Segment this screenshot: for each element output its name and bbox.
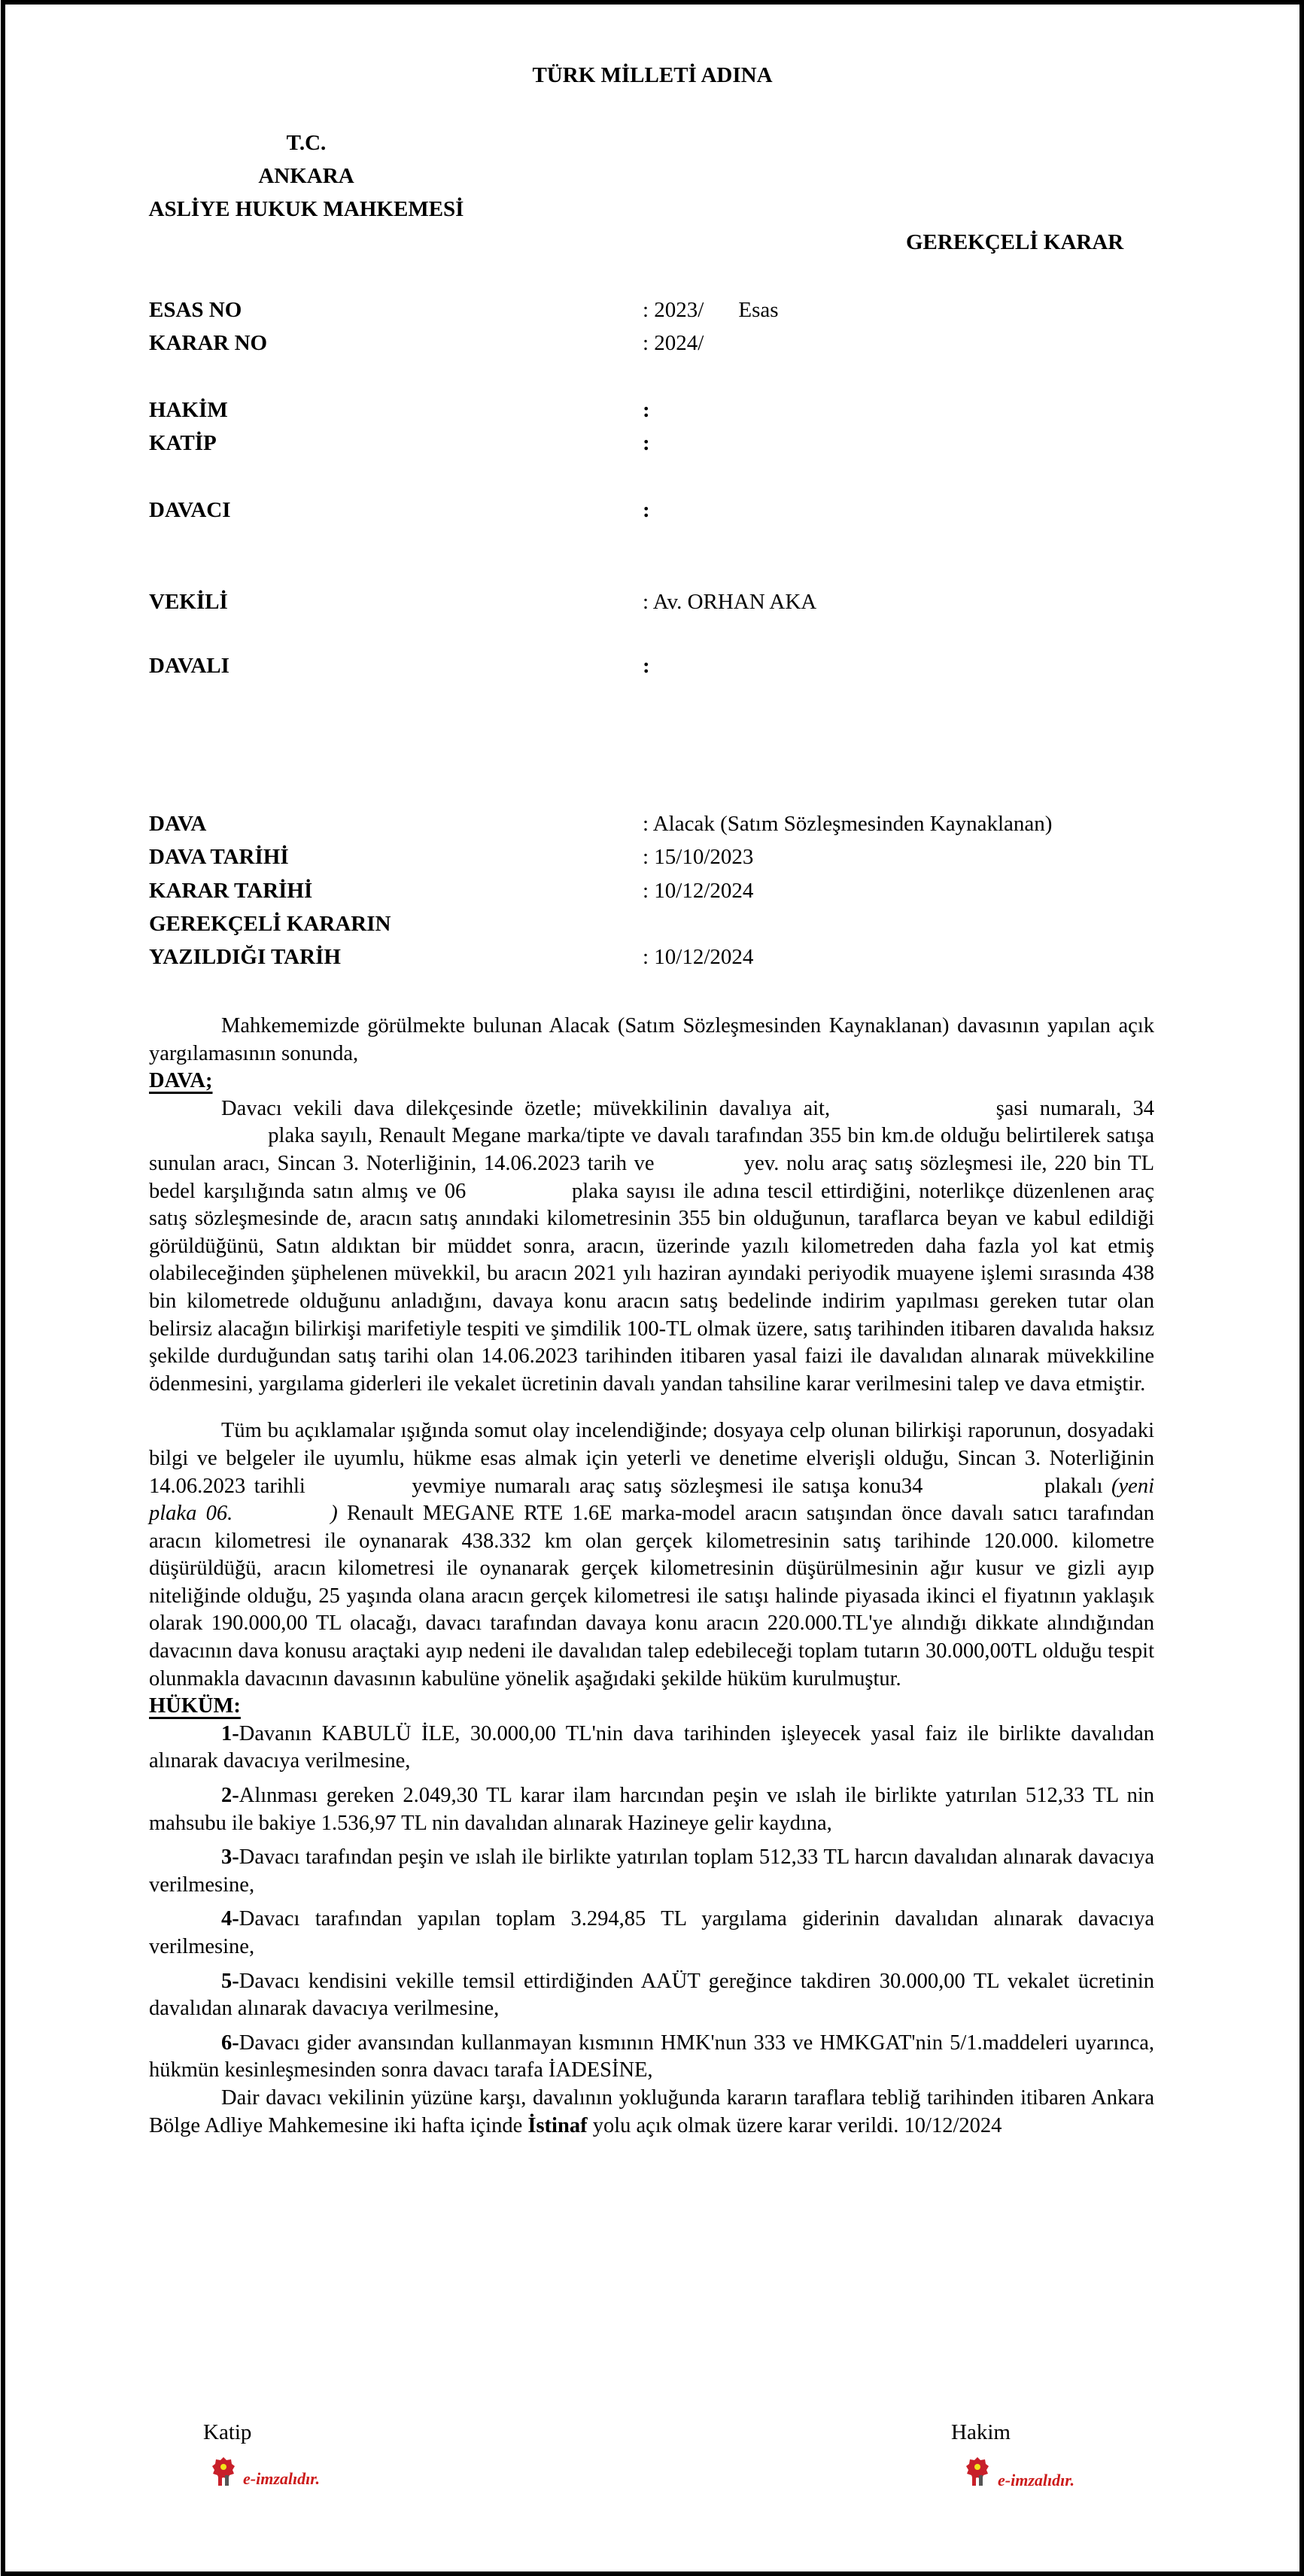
field-value-davali: : — [643, 654, 650, 679]
field-label-esas-no: ESAS NO — [149, 298, 242, 323]
esas-no-suffix: Esas — [738, 298, 778, 322]
hukum-item-number: 5- — [221, 1970, 239, 1993]
document-title: TÜRK MİLLETİ ADINA — [5, 63, 1299, 88]
dava-heading: DAVA; — [149, 1068, 1154, 1095]
hukum-item: 4-Davacı tarafından yapılan toplam 3.294… — [149, 1906, 1154, 1961]
closing-text-2: yolu açık olmak üzere karar verildi. 10/… — [593, 2114, 1002, 2137]
signature-status-katip: e-imzalıdır. — [243, 2469, 320, 2489]
hukum-item: 5-Davacı kendisini vekille temsil ettird… — [149, 1968, 1154, 2023]
hukum-item: 1-Davanın KABULÜ İLE, 30.000,00 TL'nin d… — [149, 1721, 1154, 1776]
hukum-item-text: Davacı gider avansından kullanmayan kısm… — [149, 2031, 1154, 2082]
field-label-hakim: HAKİM — [149, 398, 228, 423]
dava-text-2: şasi numaralı, 34 — [996, 1097, 1154, 1120]
hukum-item-text: Alınması gereken 2.049,30 TL karar ilam … — [149, 1784, 1154, 1835]
hukum-item-text: Davanın KABULÜ İLE, 30.000,00 TL'nin dav… — [149, 1722, 1154, 1773]
field-label-davali: DAVALI — [149, 654, 229, 679]
hukum-item-text: Davacı tarafından peşin ve ıslah ile bir… — [149, 1845, 1154, 1897]
dava-text-5: plaka sayısı ile adına tescil ettirdiğin… — [149, 1180, 1154, 1396]
istinaf-term: İstinaf — [527, 2114, 587, 2137]
reasoning-paragraph: Tüm bu açıklamalar ışığında somut olay i… — [149, 1417, 1154, 1693]
field-value-davaci: : — [643, 498, 650, 523]
signature-role-katip: Katip — [203, 2420, 251, 2445]
hukum-item: 3-Davacı tarafından peşin ve ıslah ile b… — [149, 1844, 1154, 1899]
field-label-gerekceli-kararin: GEREKÇELİ KARARIN — [149, 912, 391, 937]
field-value-karar-no: : 2024/ — [643, 331, 704, 356]
dava-paragraph: Davacı vekili dava dilekçesinde özetle; … — [149, 1095, 1154, 1399]
hukum-heading: HÜKÜM: — [149, 1693, 1154, 1721]
decision-body: Mahkememizde görülmekte bulunan Alacak (… — [149, 1013, 1154, 2140]
intro-paragraph: Mahkememizde görülmekte bulunan Alacak (… — [149, 1013, 1154, 1068]
hukum-item-number: 1- — [221, 1722, 239, 1745]
field-value-karar-tarihi: : 10/12/2024 — [643, 879, 753, 904]
field-value-yazildigi-tarih: : 10/12/2024 — [643, 945, 753, 970]
field-label-karar-no: KARAR NO — [149, 331, 267, 356]
field-label-dava: DAVA — [149, 812, 206, 837]
field-label-davaci: DAVACI — [149, 498, 231, 523]
hukum-item-number: 2- — [221, 1784, 239, 1807]
reason-text-2: yevmiye numaralı araç satış sözleşmesi i… — [412, 1475, 923, 1498]
field-label-yazildigi-tarih: YAZILDIĞI TARİH — [149, 945, 341, 970]
hukum-item-number: 3- — [221, 1845, 239, 1869]
header-city: ANKARA — [126, 164, 487, 189]
reason-text-3: plakalı — [1044, 1475, 1103, 1498]
field-label-katip: KATİP — [149, 431, 217, 456]
signature-status-hakim: e-imzalıdır. — [998, 2471, 1075, 2490]
doc-type-heading: GEREKÇELİ KARAR — [906, 230, 1123, 255]
hukum-item: 6-Davacı gider avansından kullanmayan kı… — [149, 2030, 1154, 2085]
signature-role-hakim: Hakim — [951, 2420, 1011, 2445]
hukum-item-number: 4- — [221, 1907, 239, 1930]
field-label-dava-tarihi: DAVA TARİHİ — [149, 845, 289, 870]
header-court: ASLİYE HUKUK MAHKEMESİ — [126, 197, 487, 222]
e-signature-seal-icon — [211, 2456, 236, 2487]
hukum-item-text: Davacı kendisini vekille temsil ettirdiğ… — [149, 1970, 1154, 2021]
field-label-vekili: VEKİLİ — [149, 590, 228, 615]
field-value-vekili: : Av. ORHAN AKA — [643, 590, 816, 615]
court-decision-page: TÜRK MİLLETİ ADINA T.C. ANKARA ASLİYE HU… — [1, 0, 1304, 2576]
header-tc: T.C. — [126, 131, 487, 156]
field-value-dava-tarihi: : 15/10/2023 — [643, 845, 753, 870]
closing-paragraph: Dair davacı vekilinin yüzüne karşı, dava… — [149, 2085, 1154, 2140]
new-plate-note-end: ) — [330, 1502, 338, 1525]
hukum-item: 2-Alınması gereken 2.049,30 TL karar ila… — [149, 1782, 1154, 1837]
field-value-katip: : — [643, 431, 650, 456]
field-value-esas-no: : 2023/Esas — [643, 298, 779, 323]
field-label-karar-tarihi: KARAR TARİHİ — [149, 879, 312, 904]
field-value-dava: : Alacak (Satım Sözleşmesinden Kaynaklan… — [643, 812, 1052, 837]
reason-text-4: Renault MEGANE RTE 1.6E marka-model arac… — [149, 1502, 1154, 1690]
hukum-list: 1-Davanın KABULÜ İLE, 30.000,00 TL'nin d… — [149, 1721, 1154, 2085]
hukum-item-number: 6- — [221, 2031, 239, 2055]
e-signature-seal-icon — [965, 2456, 989, 2487]
esas-no-value: : 2023/ — [643, 298, 704, 322]
dava-text-1: Davacı vekili dava dilekçesinde özetle; … — [221, 1097, 830, 1120]
field-value-hakim: : — [643, 398, 650, 423]
hukum-item-text: Davacı tarafından yapılan toplam 3.294,8… — [149, 1907, 1154, 1958]
